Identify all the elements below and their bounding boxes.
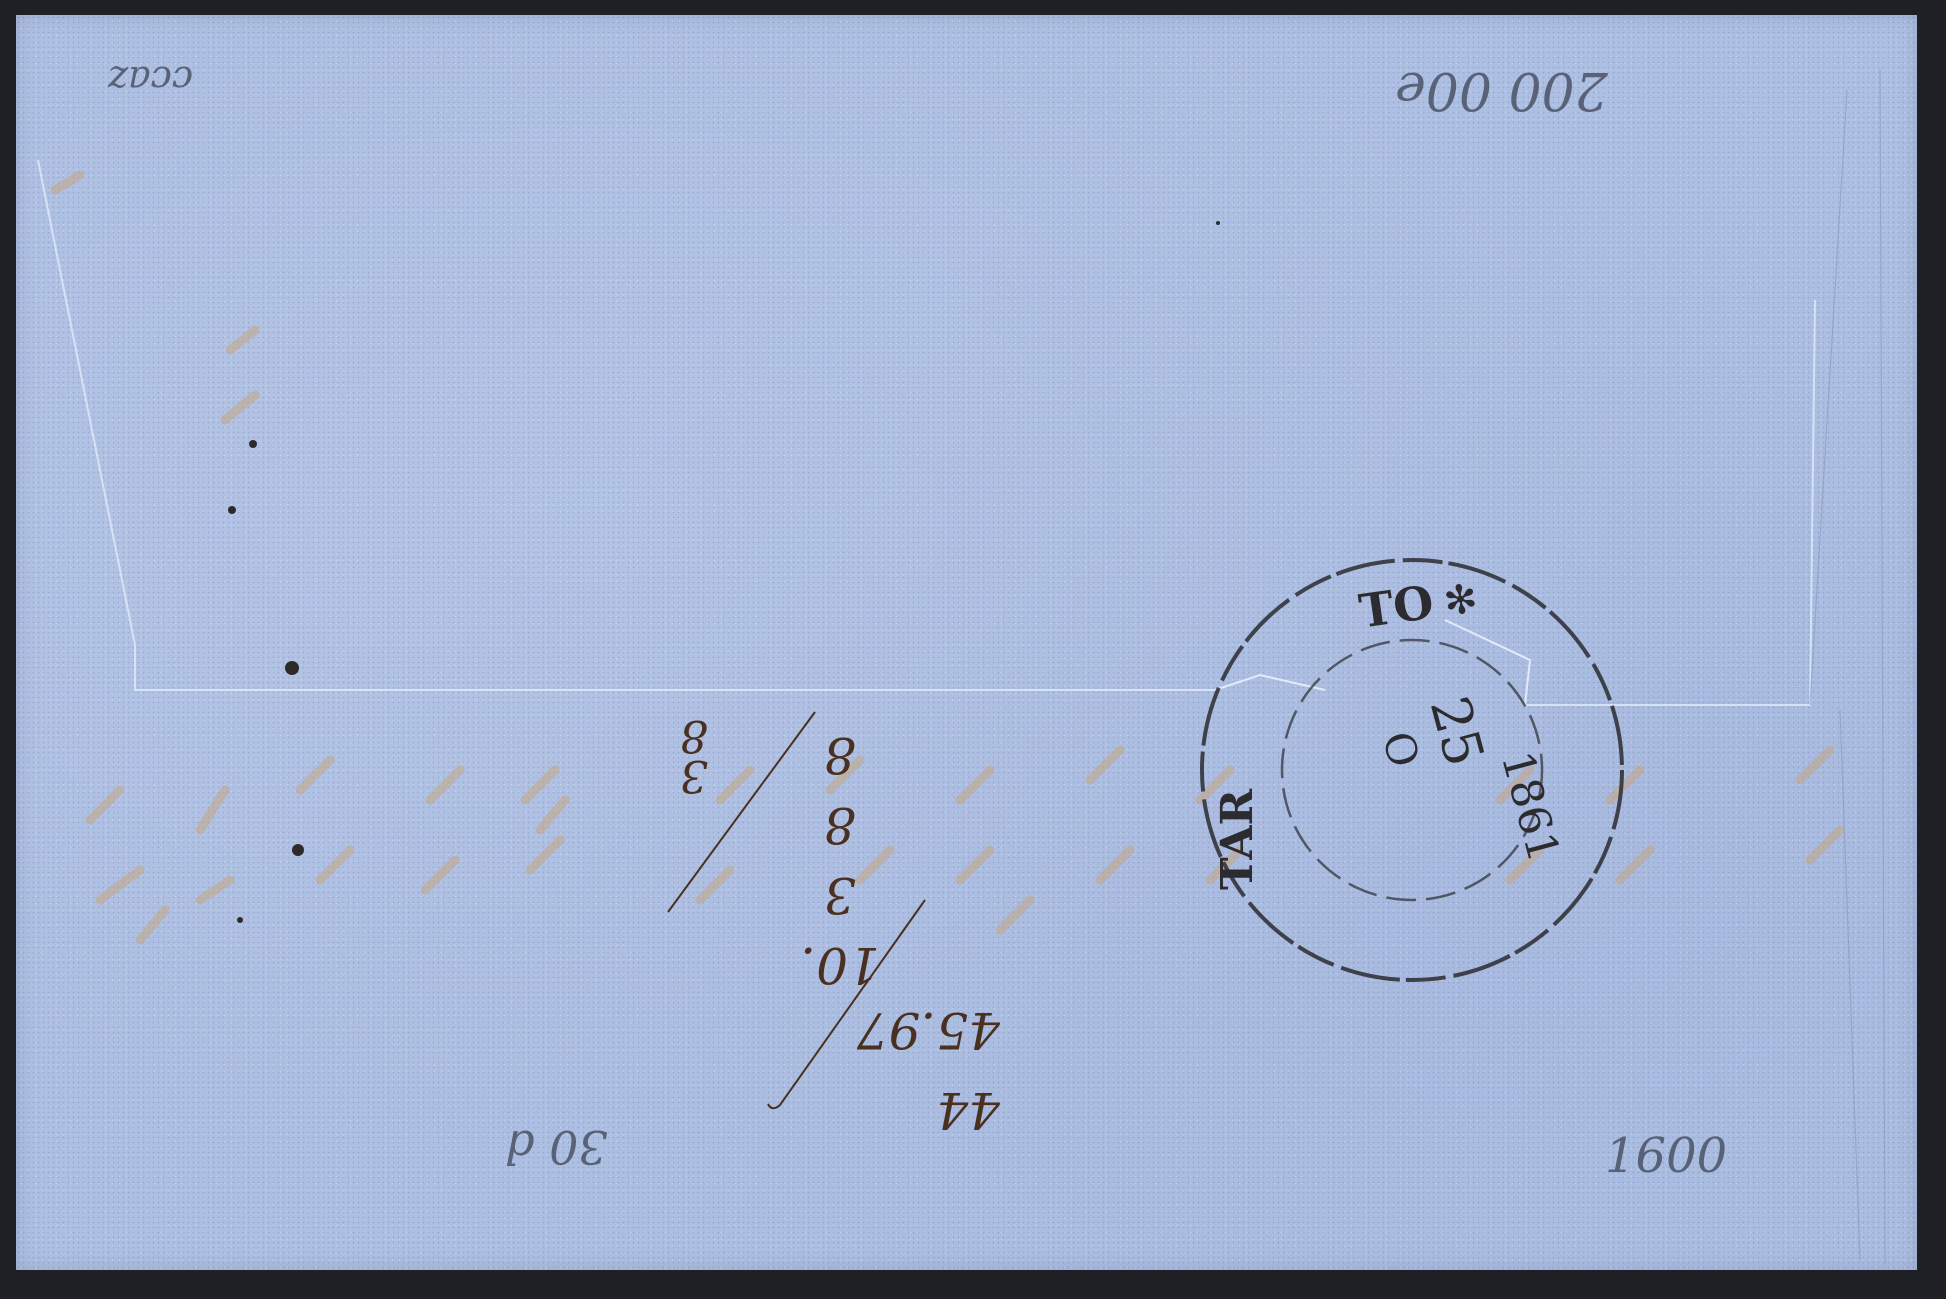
photo-scene: TO ✻ TAR 25 O 1861 ccaz 200 00e 30 d 160… xyxy=(0,0,1946,1299)
postmark-town-side: TAR xyxy=(1212,789,1263,890)
ink-figure: 44 xyxy=(880,1070,1000,1150)
ink-figure: 3 xyxy=(668,755,708,795)
ink-figure: 8 xyxy=(780,720,900,790)
postmark-ornament: ✻ xyxy=(1441,575,1481,625)
postmark-year: 1861 xyxy=(1491,746,1569,867)
ink-calc-col3: 44 45.97 xyxy=(880,990,1000,1150)
pencil-note-top-right: 200 00e xyxy=(1395,60,1608,120)
ink-figure: 8 xyxy=(668,715,708,755)
pencil-note-bottom-right: 1600 xyxy=(1605,1128,1727,1184)
ink-calc-col2: 10. 3 8 8 xyxy=(780,720,900,1000)
pencil-note-top-left: ccaz xyxy=(108,58,193,102)
postmark-town-top: TO xyxy=(1356,575,1437,639)
ink-figure: 3 xyxy=(780,860,900,930)
pencil-note-bottom-left: 30 d xyxy=(505,1120,608,1174)
ink-figure: 8 xyxy=(780,790,900,860)
ink-calc-col1: 3 8 xyxy=(668,715,708,795)
postmark-day: 25 xyxy=(1418,690,1497,773)
postmark-month: O xyxy=(1373,726,1429,772)
ink-figure: 45.97 xyxy=(880,990,1000,1070)
